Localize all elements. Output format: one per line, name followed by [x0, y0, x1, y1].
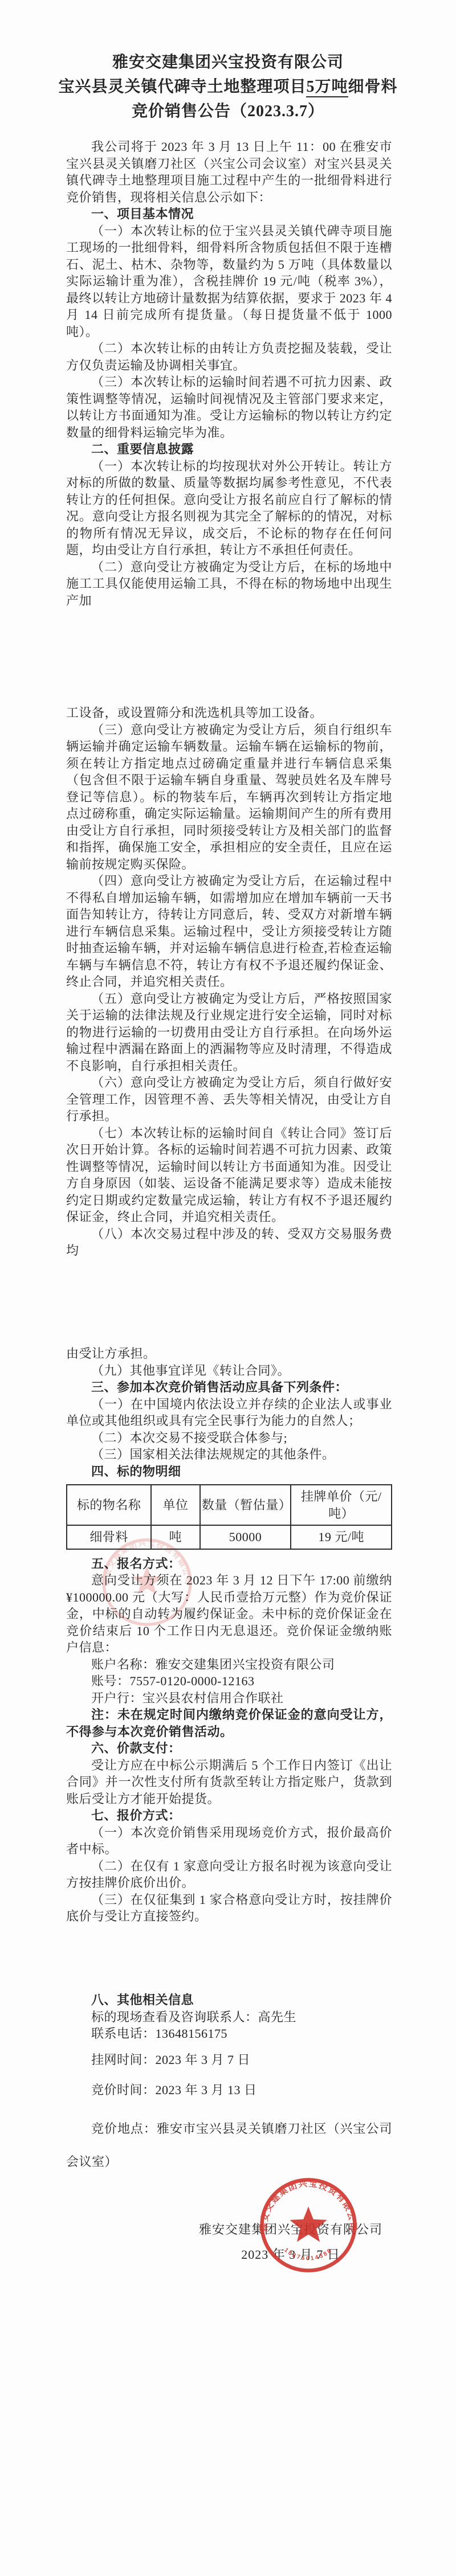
- paragraph: （五）意向受让方被确定为受让方后，严格按照国家关于运输的法律法规及行业规定进行安…: [66, 990, 392, 1075]
- table-cell: 细骨料: [67, 1525, 151, 1549]
- document-title: 雅安交建集团兴宝投资有限公司 宝兴县灵关镇代碑寺土地整理项目5万吨细骨料 竞价销…: [0, 50, 456, 124]
- paragraph: （八）本次交易过程中涉及的转、受双方交易服务费均: [66, 1226, 392, 1259]
- spacer: [66, 2042, 392, 2051]
- info-line: 账号：7557-0120-0000-12163: [66, 1673, 392, 1690]
- paragraph: 竞价地点：雅安市宝兴县灵关镇磨刀社区（兴宝公司会议室）: [66, 2112, 392, 2178]
- page-4-content: 八、其他相关信息标的现场查看及咨询联系人：高先生联系电话：13648156175…: [66, 1992, 392, 2178]
- table-header-row: 标的物名称单位数量（暂估量）挂牌单价（元/吨）: [67, 1485, 392, 1525]
- paragraph: 受让方应在中标公示期满后 5 个工作日内签订《出让合同》并一次性支付所有货款至转…: [66, 1757, 392, 1808]
- section-heading: 七、报价方式：: [66, 1807, 392, 1824]
- paragraph: 注：未在规定时间内缴纳竞价保证金的意向受让方，不得参与本次竞价销售活动。: [66, 1706, 392, 1740]
- section-heading: 一、项目基本情况: [66, 206, 392, 223]
- info-line: 开户行：宝兴县农村信用合作联社: [66, 1690, 392, 1707]
- paragraph: （一）本次竞价销售采用现场竞价方式，报价最高价者中标。: [66, 1824, 392, 1858]
- underlined-quantity: 5万吨: [306, 78, 348, 97]
- section-heading: 三、参加本次竞价销售活动应具备下列条件：: [66, 1379, 392, 1396]
- table-cell: 吨: [151, 1525, 200, 1549]
- paragraph: （七）本次转让标的运输时间自《转让合同》签订后次日开始计算。各标的运输时间若遇不…: [66, 1125, 392, 1226]
- table-cell: 50000: [200, 1525, 291, 1549]
- company-seal: 雅安交建集团兴宝投资有限公司 18275014388: [258, 2174, 359, 2276]
- info-line: 账户名称：雅安交建集团兴宝投资有限公司: [66, 1656, 392, 1673]
- page-2-content: 工设备，或设置筛分和洗选机具等加工设备。（三）意向受让方被确定为受让方后，须自行…: [66, 705, 392, 1259]
- spacer: [66, 2099, 392, 2112]
- table-header-cell: 数量（暂估量）: [200, 1485, 291, 1525]
- seal-star-icon: [290, 2206, 327, 2242]
- items-table: 标的物名称单位数量（暂估量）挂牌单价（元/吨）细骨料吨5000019 元/吨: [66, 1484, 392, 1550]
- table-header-cell: 单位: [151, 1485, 200, 1525]
- table-header-cell: 挂牌单价（元/吨）: [291, 1485, 392, 1525]
- paragraph: （二）本次交易不接受联合体参与;: [66, 1430, 392, 1447]
- paragraph: （三）在仅征集到 1 家合格意向受让方时，按挂牌价底价与受让方直接签约。: [66, 1891, 392, 1925]
- svg-text:18275014388: 18275014388: [283, 2247, 334, 2262]
- table-cell: 19 元/吨: [291, 1525, 392, 1549]
- paragraph: （六）意向受让方被确定为受让方后，须自行做好安全管理工作，因管理不善、丢失等相关…: [66, 1074, 392, 1125]
- info-line: 标的现场查看及咨询联系人：高先生: [66, 2009, 392, 2026]
- section-heading: 八、其他相关信息: [66, 1992, 392, 2009]
- table-header-cell: 标的物名称: [67, 1485, 151, 1525]
- table-row: 细骨料吨5000019 元/吨: [67, 1525, 392, 1549]
- section-heading: 四、标的物明细: [66, 1463, 392, 1480]
- paragraph: 我公司将于 2023 年 3 月 13 日上午 11：00 在雅安市宝兴县灵关镇…: [66, 138, 392, 206]
- paragraph: （二）本次转让标的由转让方负责挖掘及装载，受让方仅负责运输及协调相关事宜。: [66, 340, 392, 374]
- paragraph: （三）意向受让方被确定为受让方后，须自行组织车辆运输并确定运输车辆数量。运输车辆…: [66, 722, 392, 873]
- paragraph: （三）本次转让标的运输时间若遇不可抗力因素、政策性调整等情况，运输时间视情况及主…: [66, 374, 392, 441]
- paragraph: （二）意向受让方被确定为受让方后，在标的场地中施工工具仅能使用运输工具，不得在标…: [66, 559, 392, 609]
- title-line-project: 宝兴县灵关镇代碑寺土地整理项目5万吨细骨料: [0, 75, 456, 99]
- title-line-notice: 竞价销售公告（2023.3.7）: [0, 99, 456, 124]
- info-line: 竞价时间：2023 年 3 月 13 日: [66, 2082, 392, 2099]
- paragraph: （九）其他事宜详见《转让合同》。: [66, 1362, 392, 1379]
- paragraph: （一）在中国境内依法设立并存续的企业法人或事业单位或其他组织或具有完全民事行为能…: [66, 1396, 392, 1430]
- scanned-document: 雅安交建集团兴宝投资有限公司 雅安交建集团兴宝投资有限公司 宝兴县灵关镇代碑寺土…: [0, 0, 456, 2576]
- paragraph: 意向受让方须在 2023 年 3 月 12 日下午 17:00 前缴纳 ¥100…: [66, 1572, 392, 1656]
- title-line-company: 雅安交建集团兴宝投资有限公司: [0, 50, 456, 75]
- page-1-content: 我公司将于 2023 年 3 月 13 日上午 11：00 在雅安市宝兴县灵关镇…: [66, 138, 392, 609]
- paragraph: （三）国家相关法律法规规定的其他条件。: [66, 1446, 392, 1463]
- section-heading: 二、重要信息披露: [66, 441, 392, 458]
- paragraph: （一）本次转让标的位于宝兴县灵关镇代碑寺项目施工现场的一批细骨料，细骨料所含物质…: [66, 223, 392, 341]
- paragraph: 工设备，或设置筛分和洗选机具等加工设备。: [66, 705, 392, 722]
- page-3-content: 由受让方承担。（九）其他事宜详见《转让合同》。三、参加本次竞价销售活动应具备下列…: [66, 1345, 392, 1925]
- info-line: 联系电话：13648156175: [66, 2025, 392, 2042]
- paragraph: （四）意向受让方被确定为受让方后，在运输过程中不得私自增加运输车辆，如需增加应在…: [66, 873, 392, 990]
- paragraph: （二）在仅有 1 家意向受让方报名时视为该意向受让方按挂牌价底价出价。: [66, 1858, 392, 1891]
- paragraph: （一）本次转让标的均按现状对外公开转让。转让方对标的所做的数量、质量等数据均属参…: [66, 458, 392, 559]
- section-heading: 六、价款支付：: [66, 1740, 392, 1757]
- paragraph: 由受让方承担。: [66, 1345, 392, 1362]
- spacer: [66, 2068, 392, 2082]
- info-line: 挂网时间：2023 年 3 月 7 日: [66, 2051, 392, 2069]
- section-heading: 五、报名方式：: [66, 1555, 392, 1572]
